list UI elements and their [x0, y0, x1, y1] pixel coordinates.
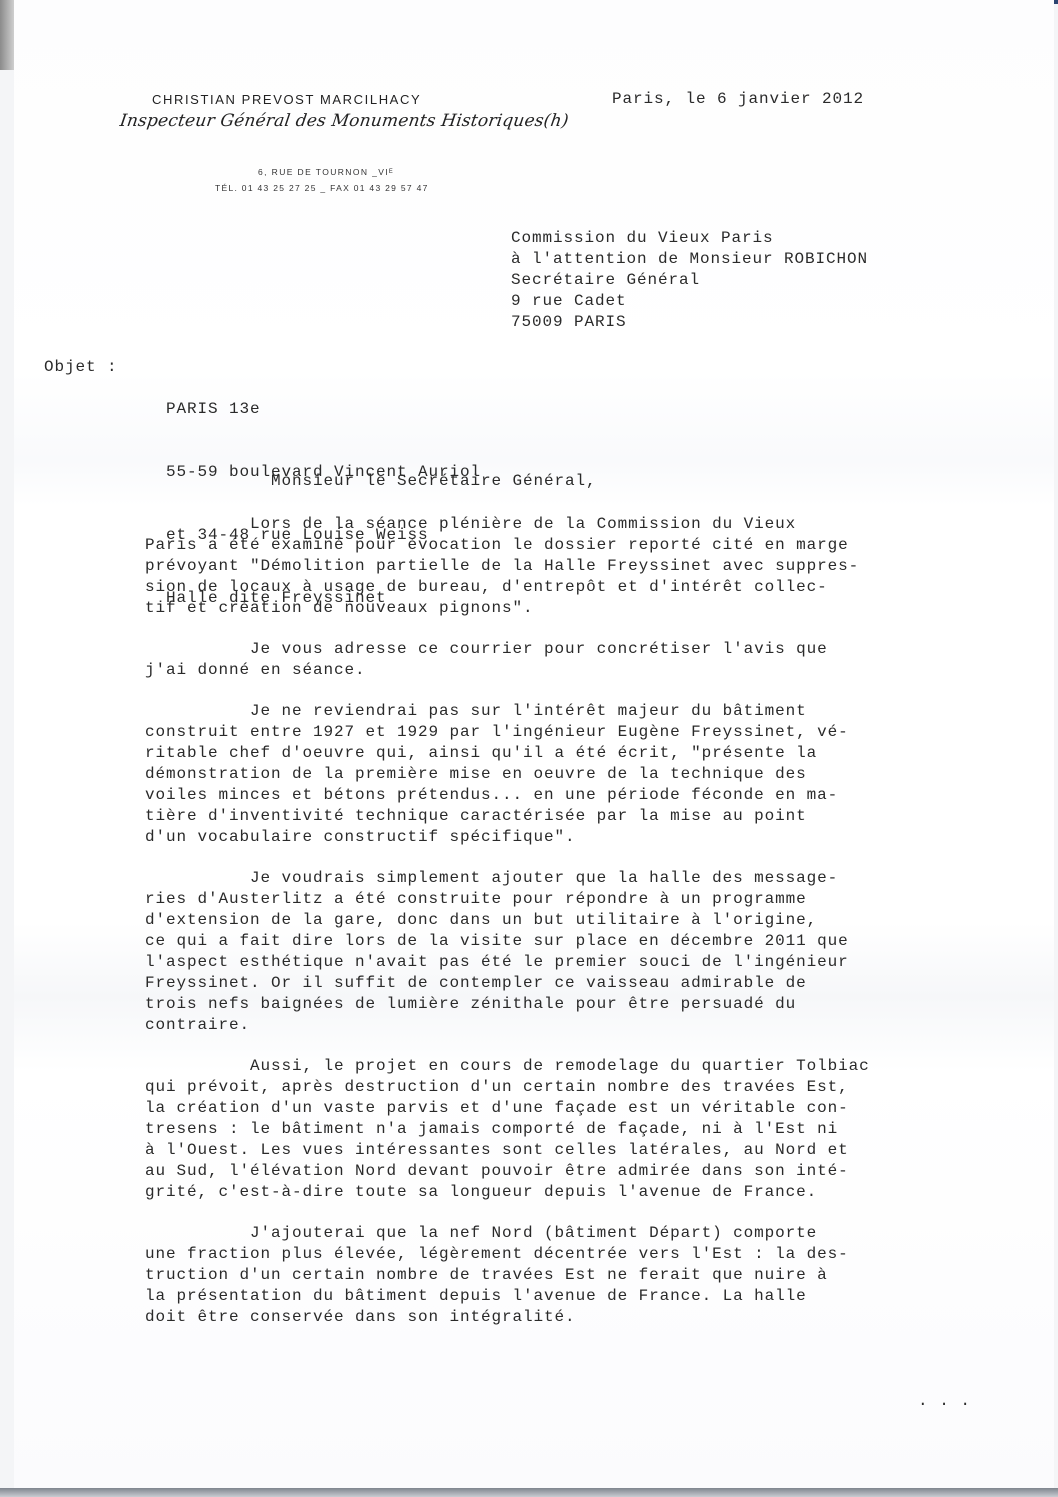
letter-date: Paris, le 6 janvier 2012	[612, 90, 864, 108]
body-line: tresens : le bâtiment n'a jamais comport…	[145, 1119, 985, 1140]
body-line: la création d'un vaste parvis et d'une f…	[145, 1098, 985, 1119]
body-line: la présentation du bâtiment depuis l'ave…	[145, 1286, 985, 1307]
body-line: Je vous adresse ce courrier pour concrét…	[145, 639, 985, 660]
continuation-marker: . . .	[918, 1392, 971, 1410]
letterhead-title: Inspecteur Général des Monuments Histori…	[119, 111, 570, 131]
object-label: Objet :	[44, 357, 118, 378]
body-line: Je ne reviendrai pas sur l'intérêt majeu…	[145, 701, 985, 722]
body-paragraph: Lors de la séance plénière de la Commiss…	[145, 514, 985, 619]
body-line: voiles minces et bétons prétendus... en …	[145, 785, 985, 806]
body-line: une fraction plus élevée, légèrement déc…	[145, 1244, 985, 1265]
letterhead-address: 6, RUE DE TOURNON _VIᴱ	[258, 167, 394, 177]
body-line: au Sud, l'élévation Nord devant pouvoir …	[145, 1161, 985, 1182]
recipient-block: Commission du Vieux Paris à l'attention …	[511, 228, 868, 333]
body-line: ries d'Austerlitz a été construite pour …	[145, 889, 985, 910]
body-line: qui prévoit, après destruction d'un cert…	[145, 1077, 985, 1098]
body-paragraph: J'ajouterai que la nef Nord (bâtiment Dé…	[145, 1223, 985, 1328]
recipient-line: Commission du Vieux Paris	[511, 228, 868, 249]
body-line: sion de locaux à usage de bureau, d'entr…	[145, 577, 985, 598]
recipient-line: 75009 PARIS	[511, 312, 868, 333]
body-line: trois nefs baignées de lumière zénithale…	[145, 994, 985, 1015]
letterhead-phone: TÉL. 01 43 25 27 25 _ FAX 01 43 29 57 47	[215, 183, 429, 193]
body-paragraph: Je voudrais simplement ajouter que la ha…	[145, 868, 985, 1036]
scanner-edge	[0, 1488, 1058, 1497]
body-line: ce qui a fait dire lors de la visite sur…	[145, 931, 985, 952]
recipient-line: 9 rue Cadet	[511, 291, 868, 312]
body-line: tière d'inventivité technique caractéris…	[145, 806, 985, 827]
body-line: tif et création de nouveaux pignons".	[145, 598, 985, 619]
body-line: truction d'un certain nombre de travées …	[145, 1265, 985, 1286]
body-line: J'ajouterai que la nef Nord (bâtiment Dé…	[145, 1223, 985, 1244]
body-line: Freyssinet. Or il suffit de contempler c…	[145, 973, 985, 994]
letterhead-name: CHRISTIAN PREVOST MARCILHACY	[152, 92, 421, 107]
body-line: j'ai donné en séance.	[145, 660, 985, 681]
scanner-edge	[0, 0, 14, 70]
body-line: doit être conservée dans son intégralité…	[145, 1307, 985, 1328]
body-line: prévoyant "Démolition partielle de la Ha…	[145, 556, 985, 577]
body-line: contraire.	[145, 1015, 985, 1036]
body-paragraph: Aussi, le projet en cours de remodelage …	[145, 1056, 985, 1203]
body-paragraph: Je vous adresse ce courrier pour concrét…	[145, 639, 985, 681]
body-line: l'aspect esthétique n'avait pas été le p…	[145, 952, 985, 973]
body-line: Je voudrais simplement ajouter que la ha…	[145, 868, 985, 889]
body-line: construit entre 1927 et 1929 par l'ingén…	[145, 722, 985, 743]
object-line: PARIS 13e	[166, 399, 481, 420]
body-line: Lors de la séance plénière de la Commiss…	[145, 514, 985, 535]
recipient-line: Secrétaire Général	[511, 270, 868, 291]
body-line: d'extension de la gare, donc dans un but…	[145, 910, 985, 931]
body-line: Paris a été examiné pour évocation le do…	[145, 535, 985, 556]
recipient-line: à l'attention de Monsieur ROBICHON	[511, 249, 868, 270]
salutation: Monsieur le Secrétaire Général,	[271, 472, 597, 490]
body-line: ritable chef d'oeuvre qui, ainsi qu'il a…	[145, 743, 985, 764]
body-line: grité, c'est-à-dire toute sa longueur de…	[145, 1182, 985, 1203]
body-paragraph: Je ne reviendrai pas sur l'intérêt majeu…	[145, 701, 985, 848]
body-line: Aussi, le projet en cours de remodelage …	[145, 1056, 985, 1077]
letter-body: Lors de la séance plénière de la Commiss…	[145, 514, 985, 1348]
body-line: démonstration de la première mise en oeu…	[145, 764, 985, 785]
body-line: à l'Ouest. Les vues intéressantes sont c…	[145, 1140, 985, 1161]
body-line: d'un vocabulaire constructif spécifique"…	[145, 827, 985, 848]
